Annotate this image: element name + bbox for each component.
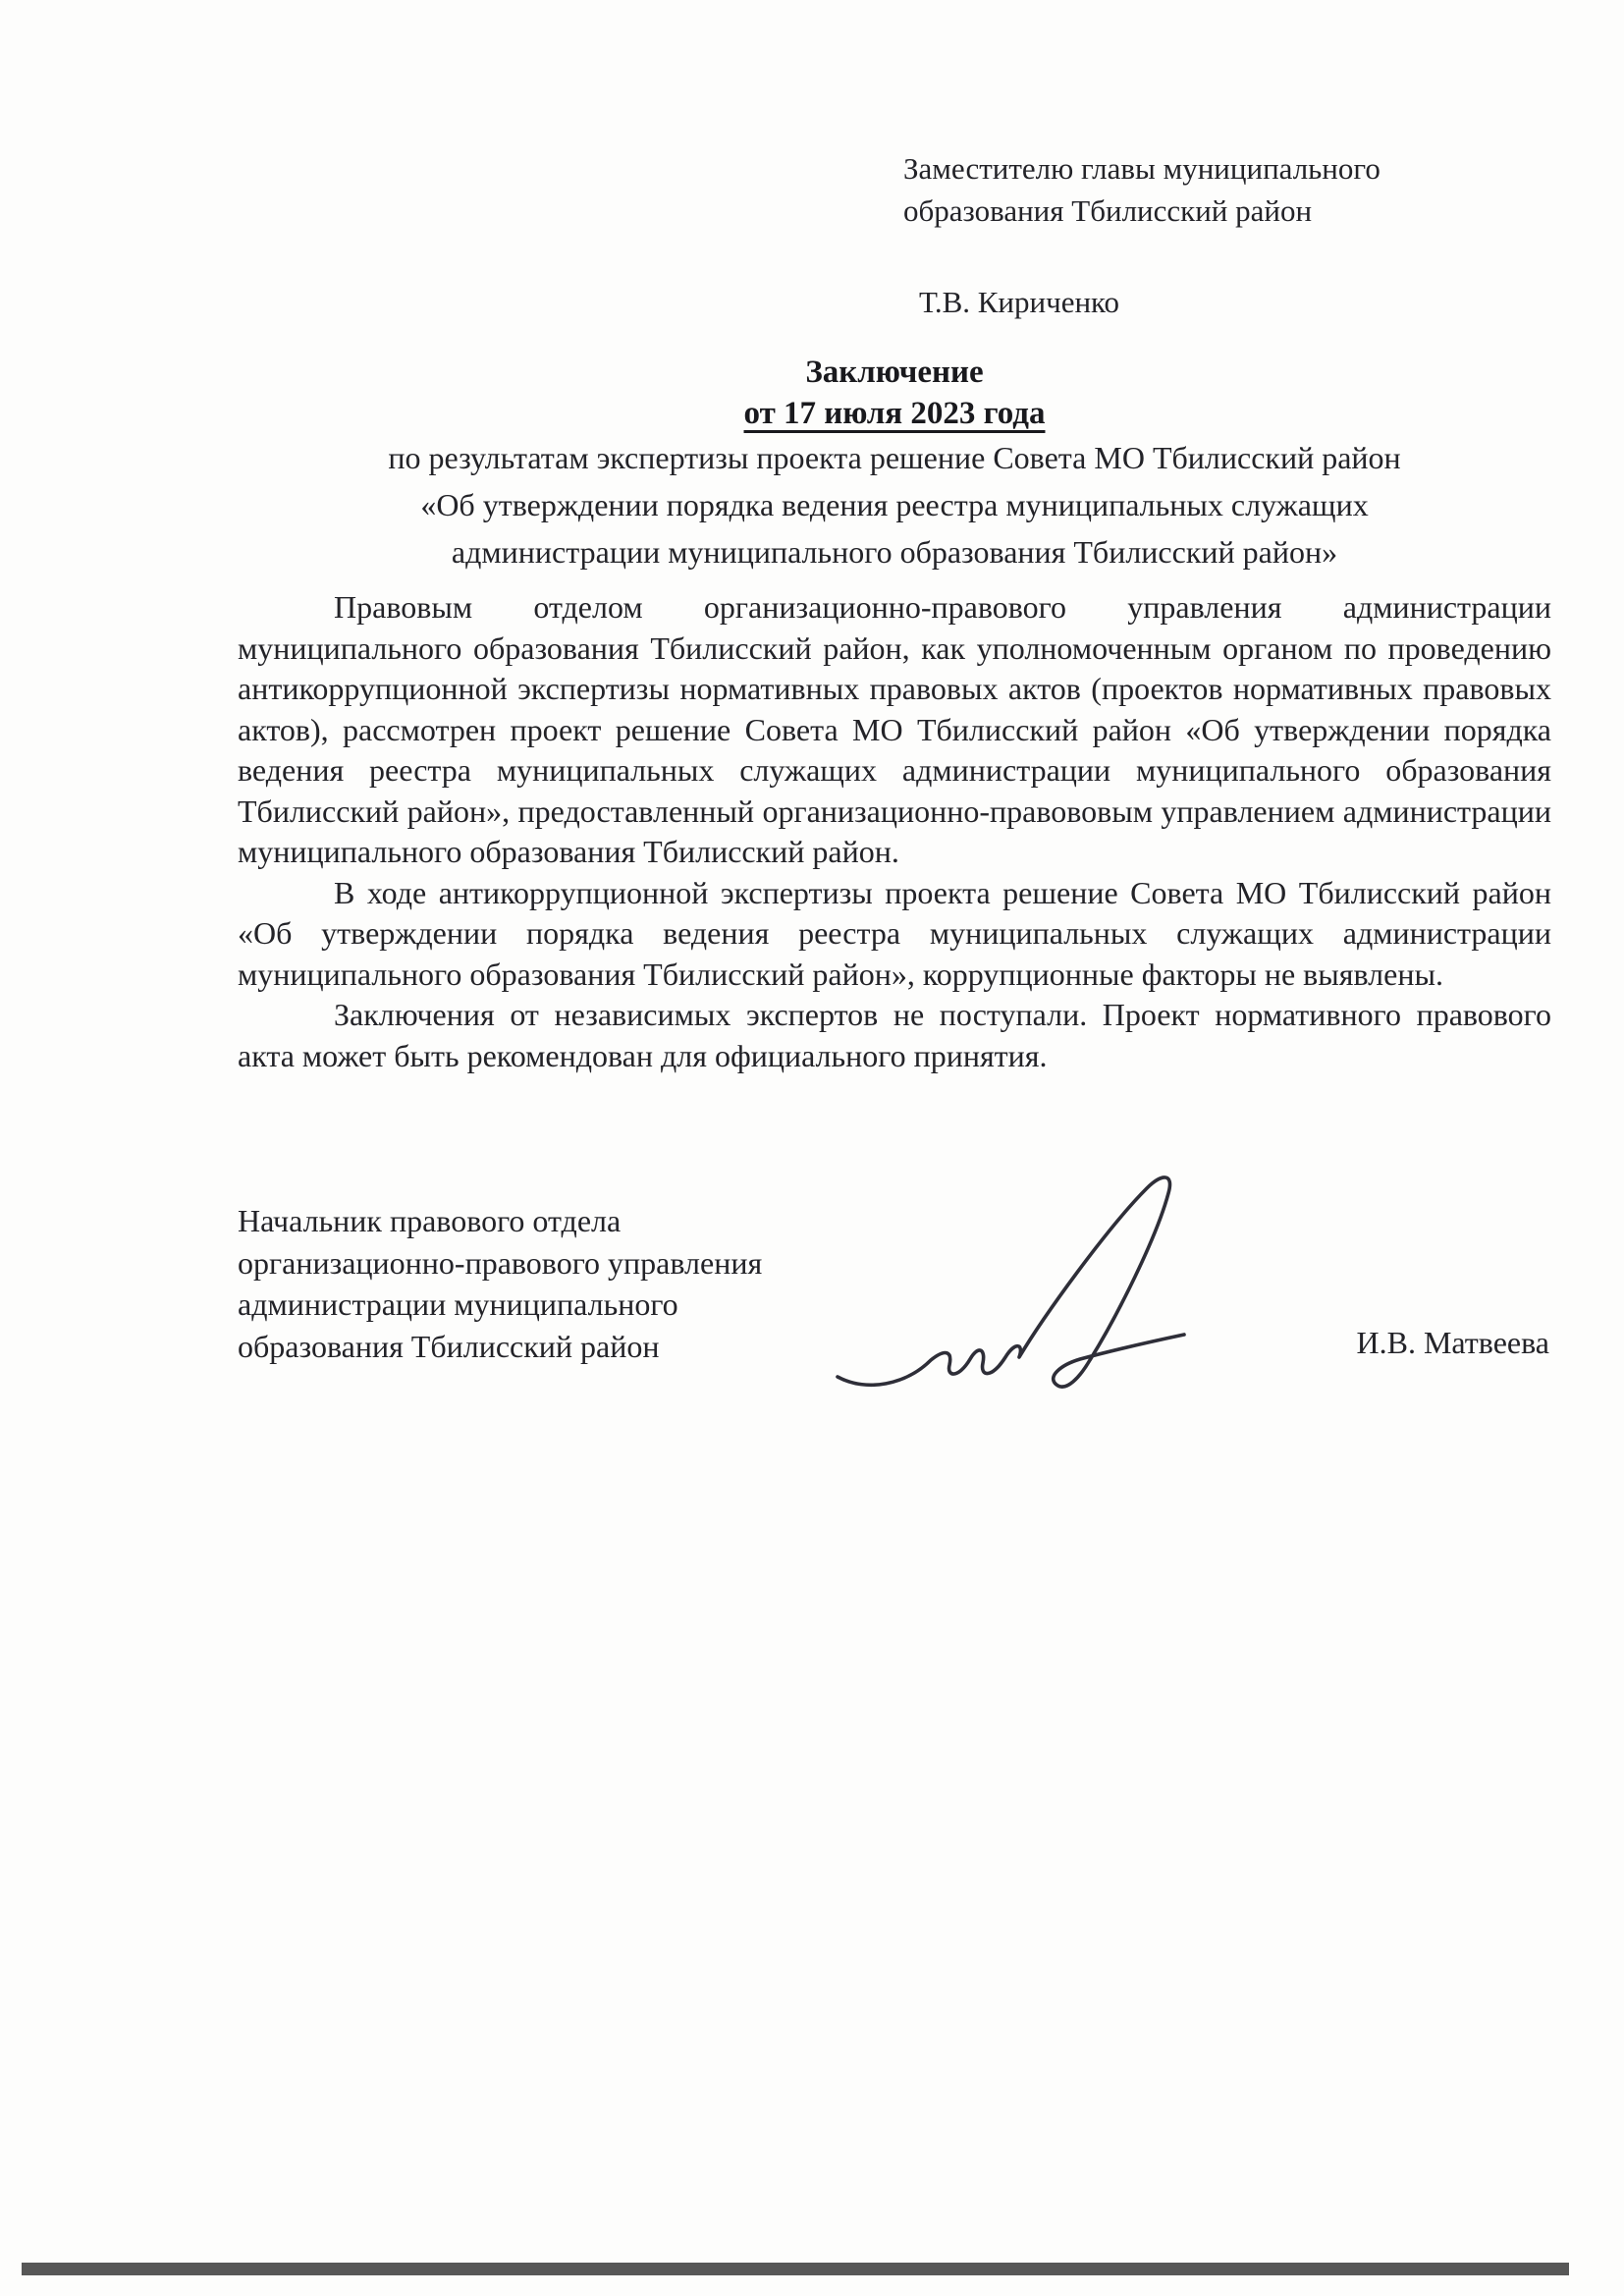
body-paragraph: В ходе антикоррупционной экспертизы прое… (238, 873, 1551, 996)
addressee-line-1: Заместителю главы муниципального (903, 147, 1380, 190)
signer-name: И.В. Матвеева (1357, 1322, 1549, 1364)
body-paragraph: Заключения от независимых экспертов не п… (238, 995, 1551, 1076)
recipient-name: Т.В. Кириченко (919, 281, 1380, 323)
body-paragraph: Правовым отделом организационно-правовог… (238, 587, 1551, 873)
signer-position: Начальник правового отдела организационн… (238, 1200, 846, 1367)
document-title: Заключение (238, 352, 1551, 393)
addressee-block: Заместителю главы муниципального образов… (903, 147, 1380, 323)
document-body: Правовым отделом организационно-правовог… (238, 587, 1551, 1076)
document-subject: по результатам экспертизы проекта решени… (238, 434, 1551, 575)
document-date: от 17 июля 2023 года (238, 393, 1551, 434)
handwritten-signature-icon (823, 1159, 1294, 1414)
scanner-artifact-bar (22, 2263, 1569, 2275)
signer-position-line-4: образования Тбилисский район (238, 1326, 846, 1368)
addressee-line-2: образования Тбилисский район (903, 190, 1380, 232)
signer-position-line-2: организационно-правового управления (238, 1242, 846, 1285)
signer-position-line-1: Начальник правового отдела (238, 1200, 846, 1242)
scanned-document-page: Заместителю главы муниципального образов… (0, 0, 1624, 2296)
signer-position-line-3: администрации муниципального (238, 1284, 846, 1326)
subject-line-1: по результатам экспертизы проекта решени… (238, 434, 1551, 481)
subject-line-3: администрации муниципального образования… (238, 528, 1551, 575)
signature-block: Начальник правового отдела организационн… (238, 1200, 1551, 1367)
title-block: Заключение от 17 июля 2023 года по резул… (238, 352, 1551, 575)
subject-line-2: «Об утверждении порядка ведения реестра … (238, 481, 1551, 528)
